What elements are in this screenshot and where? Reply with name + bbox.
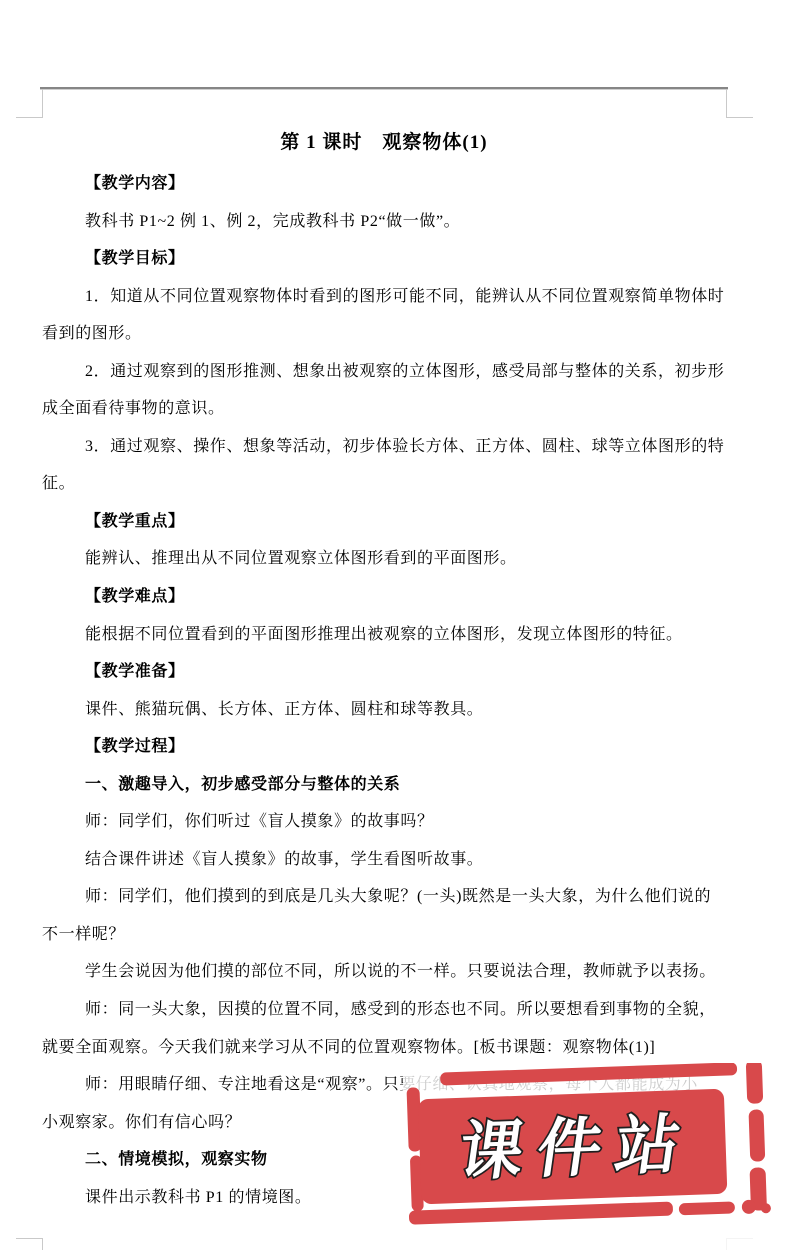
doc-line: 1．知道从不同位置观察物体时看到的图形可能不同，能辨认从不同位置观察简单物体时	[42, 278, 726, 316]
doc-line: 师：同学们，你们听过《盲人摸象》的故事吗？	[42, 803, 726, 841]
doc-line: 看到的图形。	[42, 315, 726, 353]
doc-line: 师：同一头大象，因摸的位置不同，感受到的形态也不同。所以要想看到事物的全貌，	[42, 991, 726, 1029]
doc-line: 【教学难点】	[42, 578, 726, 616]
doc-line: 【教学准备】	[42, 653, 726, 691]
doc-line: 【教学目标】	[42, 240, 726, 278]
doc-line: 征。	[42, 465, 726, 503]
text-boundary-mark-top-left	[16, 89, 43, 118]
doc-line: 结合课件讲述《盲人摸象》的故事，学生看图听故事。	[42, 841, 726, 879]
doc-line: 学生会说因为他们摸的部位不同，所以说的不一样。只要说法合理，教师就予以表扬。	[42, 953, 726, 991]
text-boundary-mark-top-right	[726, 89, 753, 118]
doc-line: 成全面看待事物的意识。	[42, 390, 726, 428]
stamp-border-right-1	[746, 1063, 764, 1104]
stamp-border-top	[440, 1063, 737, 1086]
stamp-border-right-2	[748, 1109, 765, 1161]
doc-line: 师：同学们，他们摸到的到底是几头大象呢？(一头)既然是一头大象，为什么他们说的	[42, 878, 726, 916]
stamp-text: 课件站	[455, 1108, 699, 1188]
document-lines: 【教学内容】教科书 P1~2 例 1、例 2，完成教科书 P2“做一做”。【教学…	[42, 165, 726, 1216]
stamp-graphic: 课件站	[403, 1063, 800, 1250]
document-page: 第 1 课时 观察物体(1) 【教学内容】教科书 P1~2 例 1、例 2，完成…	[42, 121, 726, 1216]
stamp-border-bottom-1	[409, 1202, 673, 1225]
page-top-edge-line	[40, 87, 728, 90]
doc-line: 不一样呢？	[42, 916, 726, 954]
doc-line: 能根据不同位置看到的平面图形推理出被观察的立体图形，发现立体图形的特征。	[42, 616, 726, 654]
doc-line: 能辨认、推理出从不同位置观察立体图形看到的平面图形。	[42, 540, 726, 578]
watermark-stamp: 课件站	[403, 1063, 800, 1250]
doc-line: 就要全面观察。今天我们就来学习从不同的位置观察物体。[板书课题：观察物体(1)]	[42, 1029, 726, 1067]
lesson-title: 第 1 课时 观察物体(1)	[42, 121, 726, 165]
doc-line: 课件、熊猫玩偶、长方体、正方体、圆柱和球等教具。	[42, 691, 726, 729]
doc-line: 【教学过程】	[42, 728, 726, 766]
text-boundary-mark-bottom-left	[16, 1238, 43, 1250]
doc-line: 【教学重点】	[42, 503, 726, 541]
doc-line: 2．通过观察到的图形推测、想象出被观察的立体图形，感受局部与整体的关系，初步形	[42, 353, 726, 391]
doc-line: 一、激趣导入，初步感受部分与整体的关系	[42, 766, 726, 804]
doc-line: 【教学内容】	[42, 165, 726, 203]
stamp-border-bottom-2	[679, 1201, 735, 1215]
doc-line: 3．通过观察、操作、想象等活动，初步体验长方体、正方体、圆柱、球等立体图形的特	[42, 428, 726, 466]
doc-line: 教科书 P1~2 例 1、例 2，完成教科书 P2“做一做”。	[42, 203, 726, 241]
